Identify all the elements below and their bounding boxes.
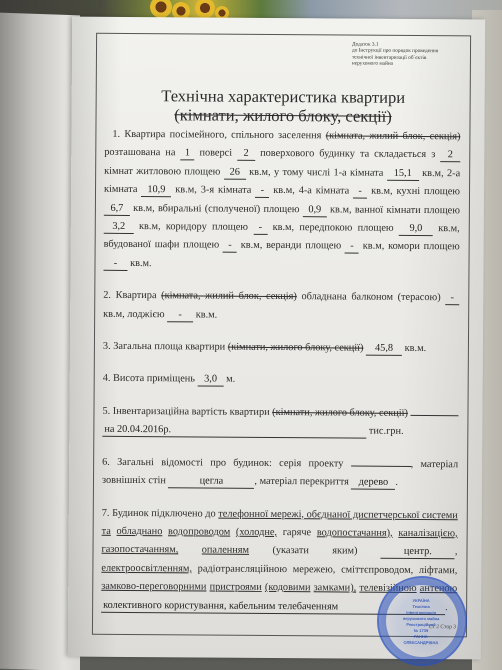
section-5: 5. Інвентаризаційна вартість квартири (к… <box>102 403 458 442</box>
document-body: 1. Квартира посімейного, спільного засел… <box>101 126 460 617</box>
official-stamp: УКРАЇНА Технічна інвентаризація нерухомо… <box>377 576 468 667</box>
section-6: 6. Загальні відомості про будинок: серія… <box>102 453 458 492</box>
wc-field: 0,9 <box>303 204 327 217</box>
floor-material-field: дерево <box>351 477 395 490</box>
document-page: Додаток 3.1 до Інструкції про порядок пр… <box>68 17 485 660</box>
room2-field: 10,9 <box>141 184 171 197</box>
bath-field: 3,2 <box>104 221 134 234</box>
rooms-field: 2 <box>440 150 460 163</box>
storeys-field: 2 <box>237 148 255 161</box>
living-area-field: 26 <box>224 166 246 179</box>
section-3: 3. Загальна площа квартири (кімнати, жил… <box>103 338 459 359</box>
document-title: Технічна характеристика квартири (кімнат… <box>96 86 469 127</box>
kitchen-field: 6,7 <box>104 202 130 215</box>
section-4: 4. Висота приміщень 3,0 м. <box>103 370 459 391</box>
pantry-field: - <box>103 258 127 271</box>
section-2: 2. Квартира (кімната, жилий блок, секція… <box>103 287 459 326</box>
total-area-field: 45,8 <box>366 343 402 356</box>
room1-field: 15,1 <box>387 168 419 181</box>
inventory-value-field: на 20.04.2016р. <box>102 424 366 439</box>
balcony-field: - <box>445 292 459 305</box>
room4-field: - <box>353 186 367 199</box>
loggia-field: - <box>167 309 193 322</box>
project-series-field <box>351 465 411 466</box>
heating-type-field: центр. <box>381 546 455 560</box>
veranda-field: - <box>345 241 359 254</box>
wall-material-field: цегла <box>168 475 254 489</box>
wardrobe-field: - <box>223 240 237 253</box>
corridor-field: - <box>253 222 267 235</box>
title-struck: (кімнати, жилого блоку, секції) <box>96 105 469 127</box>
section-1: 1. Квартира посімейного, спільного засел… <box>103 126 460 276</box>
height-field: 3,0 <box>198 374 224 387</box>
annex-note: Додаток 3.1 до Інструкції про порядок пр… <box>352 42 462 68</box>
page-number: Ст 2 Стор 3 <box>429 624 456 630</box>
floor-field: 1 <box>180 148 194 161</box>
room3-field: - <box>255 185 269 198</box>
document-frame: Додаток 3.1 до Інструкції про порядок пр… <box>92 33 471 638</box>
hall-field: 9,0 <box>399 223 433 236</box>
